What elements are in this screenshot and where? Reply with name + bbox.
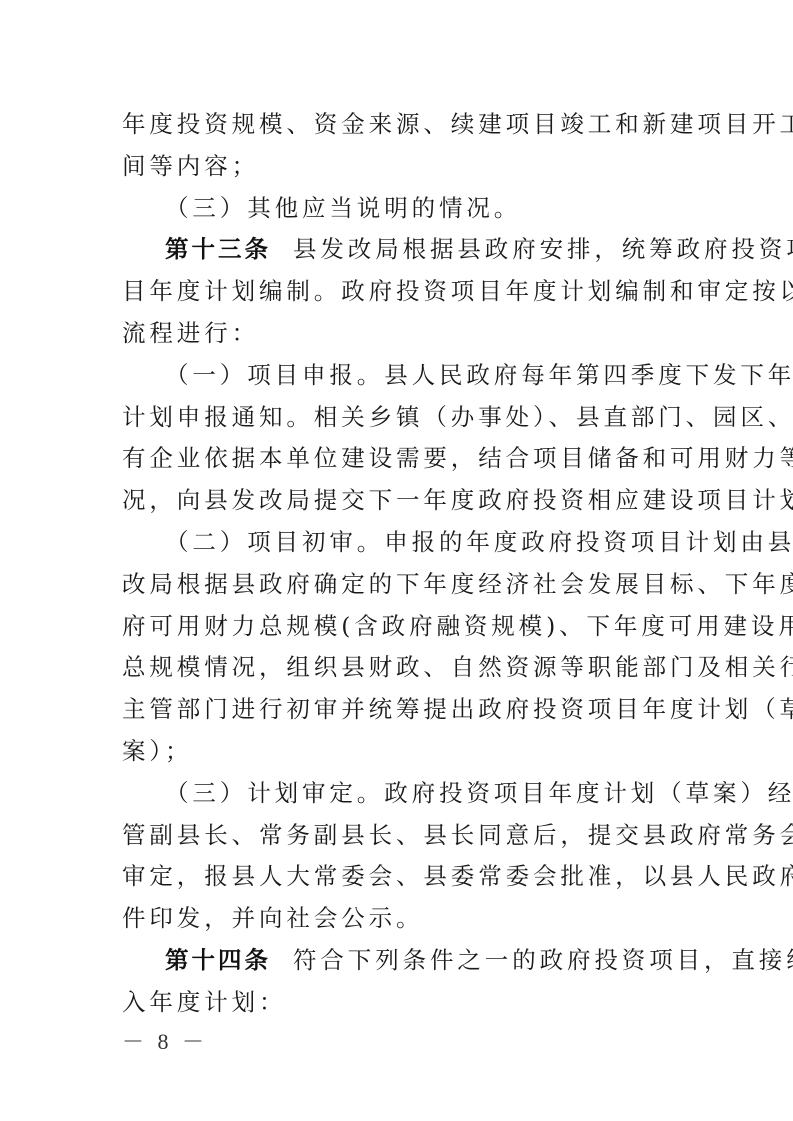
text-line: 有企业依据本单位建设需要，结合项目储备和可用财力等情: [122, 438, 674, 480]
text-line: 主管部门进行初审并统筹提出政府投资项目年度计划（草: [122, 689, 674, 731]
text-line: 管副县长、常务副县长、县长同意后，提交县政府常务会议: [122, 815, 674, 857]
text-line: 改局根据县政府确定的下年度经济社会发展目标、下年度政: [122, 564, 674, 606]
article-13-first-line: 第十三条县发改局根据县政府安排，统筹政府投资项: [122, 229, 674, 271]
article-13-text: 县发改局根据县政府安排，统筹政府投资项: [293, 235, 793, 263]
text-line: 年度投资规模、资金来源、续建项目竣工和新建项目开工时: [122, 104, 674, 146]
article-13-heading: 第十三条: [165, 235, 271, 263]
text-line: 总规模情况，组织县财政、自然资源等职能部门及相关行业: [122, 647, 674, 689]
article-14-text: 符合下列条件之一的政府投资项目，直接纳: [293, 946, 793, 974]
page-number: － 8 －: [122, 1025, 208, 1056]
text-line: 计划申报通知。相关乡镇（办事处）、县直部门、园区、国: [122, 397, 674, 439]
text-line: 案）；: [122, 731, 674, 773]
document-body: 年度投资规模、资金来源、续建项目竣工和新建项目开工时 间等内容； （三）其他应当…: [122, 104, 674, 1024]
article-14-first-line: 第十四条符合下列条件之一的政府投资项目，直接纳: [122, 940, 674, 982]
text-line: 入年度计划：: [122, 982, 674, 1024]
text-line: 况，向县发改局提交下一年度政府投资相应建设项目计划；: [122, 480, 674, 522]
list-item-3: （三）其他应当说明的情况。: [122, 188, 674, 230]
text-line: 间等内容；: [122, 146, 674, 188]
text-line: 件印发，并向社会公示。: [122, 898, 674, 940]
step-3-first-line: （三）计划审定。政府投资项目年度计划（草案）经分: [122, 773, 674, 815]
text-line: 目年度计划编制。政府投资项目年度计划编制和审定按以下: [122, 271, 674, 313]
text-line: 府可用财力总规模(含政府融资规模)、下年度可用建设用地: [122, 606, 674, 648]
step-2-first-line: （二）项目初审。申报的年度政府投资项目计划由县发: [122, 522, 674, 564]
text-line: 审定，报县人大常委会、县委常委会批准，以县人民政府文: [122, 856, 674, 898]
article-14-heading: 第十四条: [165, 946, 271, 974]
step-1-first-line: （一）项目申报。县人民政府每年第四季度下发下年度: [122, 355, 674, 397]
text-line: 流程进行：: [122, 313, 674, 355]
